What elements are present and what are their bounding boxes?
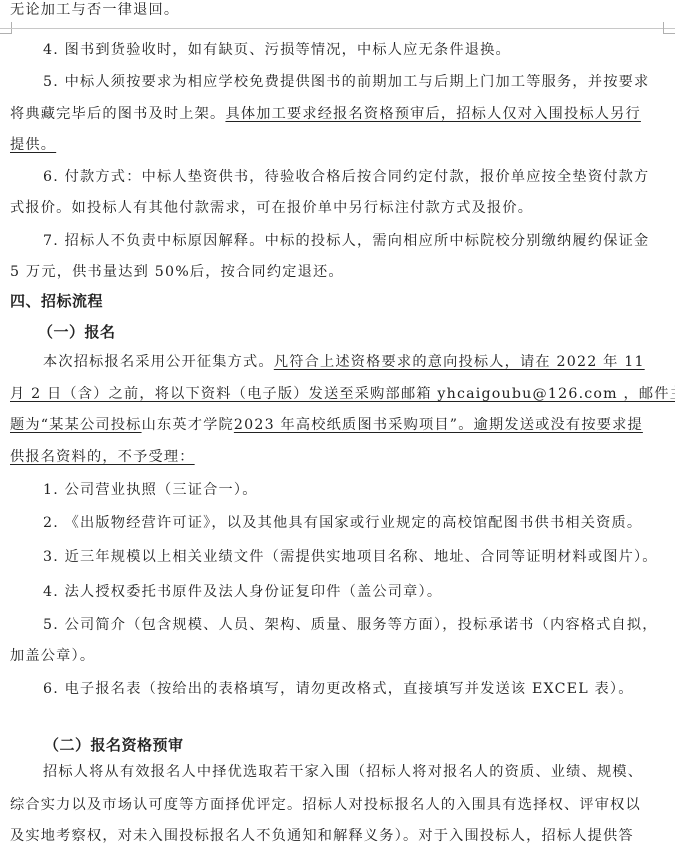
page-break-divider	[0, 28, 675, 29]
registration-para-line1: 本次招标报名采用公开征集方式。凡符合上述资格要求的意向投标人，请在 2022 年…	[43, 352, 645, 372]
prequalification-para-line2: 综合实力以及市场认可度等方面择优评定。招标人对投标报名人的入围具有选择权、评审权…	[10, 795, 641, 815]
requirement-item-7-line2: 5 万元，供书量达到 50%后，按合同约定退还。	[10, 262, 344, 282]
requirement-item-5-line2: 将典藏完毕后的图书及时上架。具体加工要求经报名资格预审后，招标人仅对入围投标人另…	[10, 104, 641, 124]
registration-para-line4: 供报名资料的，不予受理：	[10, 447, 195, 467]
subsection-heading-registration: （一）报名	[38, 322, 116, 342]
doc-list-item-1: 1. 公司营业执照（三证合一）。	[43, 480, 258, 500]
doc-list-item-6: 6. 电子报名表（按给出的表格填写，请勿更改格式，直接填写并发送该 EXCEL …	[43, 679, 634, 699]
doc-list-item-4: 4. 法人授权委托书原件及法人身份证复印件（盖公司章）。	[43, 582, 442, 602]
school-name: 山东英才学院	[142, 417, 234, 433]
requirement-item-5-line1: 5. 中标人须按要求为相应学校免费提供图书的前期加工与后期上门加工等服务，并按要…	[43, 72, 649, 92]
registration-para-line2: 月 2 日（含）之前，将以下资料（电子版）发送至采购部邮箱 yhcaigoubu…	[10, 384, 675, 404]
item5-underlined-tail: 提供。	[10, 137, 56, 153]
prequalification-para-line3: 及实地考察权，对未入围投标报名人不负通知和解释义务）。对于入围投标人，招标人提供…	[10, 826, 634, 846]
doc-list-item-5: 5. 公司简介（包含规模、人员、架构、质量、服务等方面），投标承诺书（内容格式自…	[43, 615, 658, 635]
prequalification-para-line1: 招标人将从有效报名人中择优选取若干家入围（招标人将对报名人的资质、业绩、规模、	[43, 762, 643, 782]
section-heading-bidding-process: 四、招标流程	[10, 291, 103, 311]
subsection-heading-prequalification: （二）报名资格预审	[44, 735, 184, 755]
requirement-item-7-line1: 7. 招标人不负责中标原因解释。中标的投标人，需向相应所中标院校分别缴纳履约保证…	[43, 231, 649, 251]
registration-email-instructions: 月 2 日（含）之前，将以下资料（电子版）发送至采购部邮箱 yhcaigoubu…	[10, 386, 675, 402]
registration-deadline-text: 凡符合上述资格要求的意向投标人，请在 2022 年 11	[274, 354, 645, 370]
email-subject-part-a: 题为“某某公司投标	[10, 417, 142, 433]
requirement-item-4: 4. 图书到货验收时，如有缺页、污损等情况，中标人应无条件退换。	[43, 40, 511, 60]
doc-list-item-5-cont: 加盖公章）。	[10, 646, 95, 666]
item5-plain-text: 将典藏完毕后的图书及时上架。	[10, 106, 225, 122]
requirement-item-6-line1: 6. 付款方式：中标人垫资供书，待验收合格后按合同约定付款，报价单应按全垫资付款…	[43, 167, 649, 187]
paragraph-fragment: 无论加工与否一律退回。	[10, 0, 179, 20]
page-corner-mark-right	[663, 22, 675, 34]
registration-intro: 本次招标报名采用公开征集方式。	[43, 354, 274, 370]
registration-para-line3: 题为“某某公司投标山东英才学院2023 年高校纸质图书采购项目”。逾期发送或没有…	[10, 415, 643, 435]
item5-underlined-text: 具体加工要求经报名资格预审后，招标人仅对入围投标人另行	[225, 106, 640, 122]
email-subject-part-b: 2023 年高校纸质图书采购项目”。逾期发送或没有按要求提	[234, 417, 643, 433]
doc-list-item-2: 2. 《出版物经营许可证》，以及其他具有国家或行业规定的高校馆配图书供书相关资质…	[43, 513, 642, 533]
requirement-item-6-line2: 式报价。如投标人有其他付款需求，可在报价单中另行标注付款方式及报价。	[10, 198, 533, 218]
registration-rejection-note: 供报名资料的，不予受理：	[10, 449, 195, 465]
requirement-item-5-line3: 提供。	[10, 135, 56, 155]
doc-list-item-3: 3. 近三年规模以上相关业绩文件（需提供实地项目名称、地址、合同等证明材料或图片…	[43, 547, 658, 567]
